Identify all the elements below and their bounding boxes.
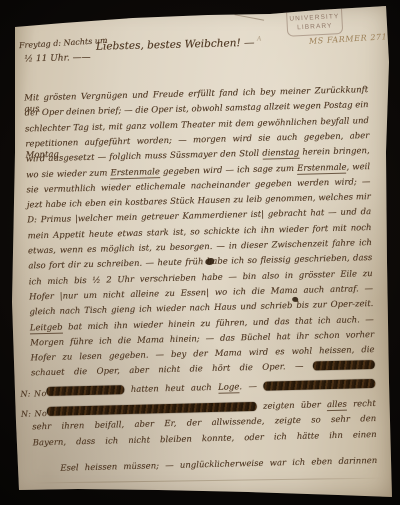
margin-note: N: No — [20, 388, 47, 400]
glasgow-library-stamp: GLASGOW UNIVERSITY LIBRARY — [285, 0, 343, 37]
underlined-word: alles — [327, 400, 347, 411]
letter-body: Mit grösten Vergnügen und Freude erfüllt… — [2, 0, 388, 7]
dateline-place: Freytag d: Nachts um — [19, 36, 108, 50]
paper-crease — [34, 478, 384, 484]
pencil-mark: A — [257, 35, 261, 43]
paper-scratch — [234, 14, 264, 21]
salutation: Liebstes, bestes Weibchen! — — [96, 37, 255, 53]
letter-photo: GLASGOW UNIVERSITY LIBRARY A MS FARMER 2… — [0, 0, 400, 505]
underlined-word: Loge — [218, 382, 239, 394]
stamp-line: LIBRARY — [297, 21, 333, 32]
paper-content: GLASGOW UNIVERSITY LIBRARY A MS FARMER 2… — [2, 0, 400, 505]
ink-obliteration — [263, 379, 375, 391]
letter-line: Esel heissen müssen; — unglücklicherweis… — [60, 456, 377, 475]
letter-line: N: No hatten heut auch Loge. — — [46, 379, 375, 398]
margin-note: N: No — [21, 408, 48, 420]
ink-obliteration — [46, 385, 124, 396]
underlined-word: Leitgeb — [30, 322, 63, 334]
underlined-word: Erstenmale — [297, 162, 347, 174]
ink-obliteration — [313, 360, 375, 371]
dateline-time: ½ 11 Uhr. —— — [24, 53, 91, 65]
ink-blot — [292, 297, 298, 302]
letter-line: schauet die Oper, aber nicht die hört di… — [31, 360, 375, 379]
underlined-word: Erstenmale — [110, 167, 160, 179]
letter-line: Bayern, dass ich nicht bleiben konnte, o… — [33, 430, 377, 449]
underlined-word: dienstag — [262, 148, 299, 160]
ink-obliteration — [47, 402, 257, 416]
manuscript-paper: GLASGOW UNIVERSITY LIBRARY A MS FARMER 2… — [8, 2, 394, 500]
